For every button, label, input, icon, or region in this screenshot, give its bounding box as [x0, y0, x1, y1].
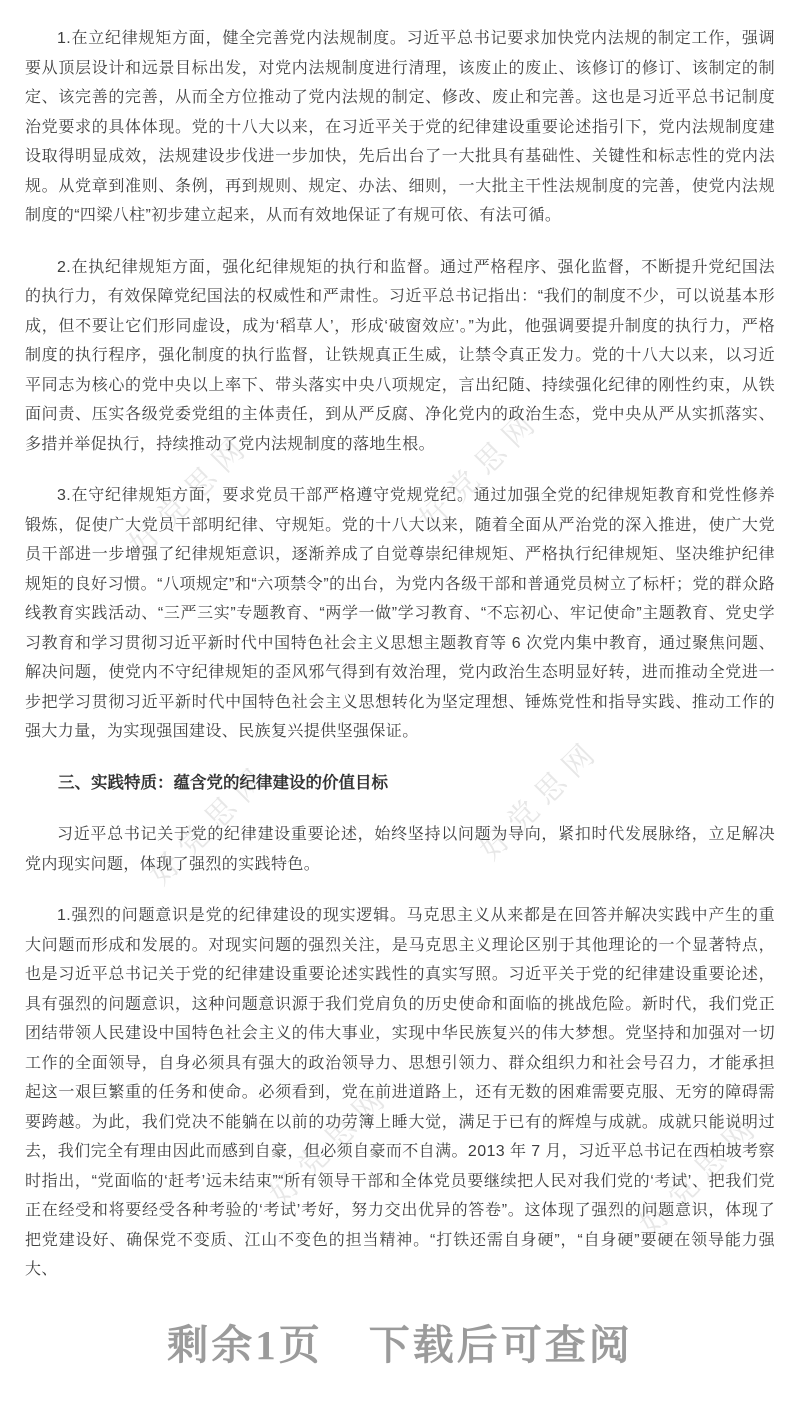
download-notice: 剩余1页 下载后可查阅 [0, 1312, 800, 1371]
paragraph-li-jilv: 1.在立纪律规矩方面，健全完善党内法规制度。习近平总书记要求加快党内法规的制定工… [25, 24, 775, 231]
document-page: 好党思网 好党思网 好党思网 好党思网 好党思网 好党思网 1.在立纪律规矩方面… [0, 0, 800, 1425]
paragraph-problem-awareness: 1.强烈的问题意识是党的纪律建设的现实逻辑。马克思主义从来都是在回答并解决实践中… [25, 901, 775, 1285]
paragraph-practice-intro: 习近平总书记关于党的纪律建设重要论述，始终坚持以问题为导向，紧扣时代发展脉络，立… [25, 820, 775, 879]
paragraph-zhi-jilv: 2.在执纪律规矩方面，强化纪律规矩的执行和监督。通过严格程序、强化监督，不断提升… [25, 253, 775, 460]
paragraph-shou-jilv: 3.在守纪律规矩方面，要求党员干部严格遵守党规党纪。通过加强全党的纪律规矩教育和… [25, 481, 775, 747]
section-heading: 三、实践特质：蕴含党的纪律建设的价值目标 [25, 769, 775, 799]
document-content: 1.在立纪律规矩方面，健全完善党内法规制度。习近平总书记要求加快党内法规的制定工… [25, 24, 775, 1285]
remaining-pages-label: 剩余1页 [167, 1312, 323, 1371]
download-hint-label: 下载后可查阅 [369, 1312, 633, 1371]
